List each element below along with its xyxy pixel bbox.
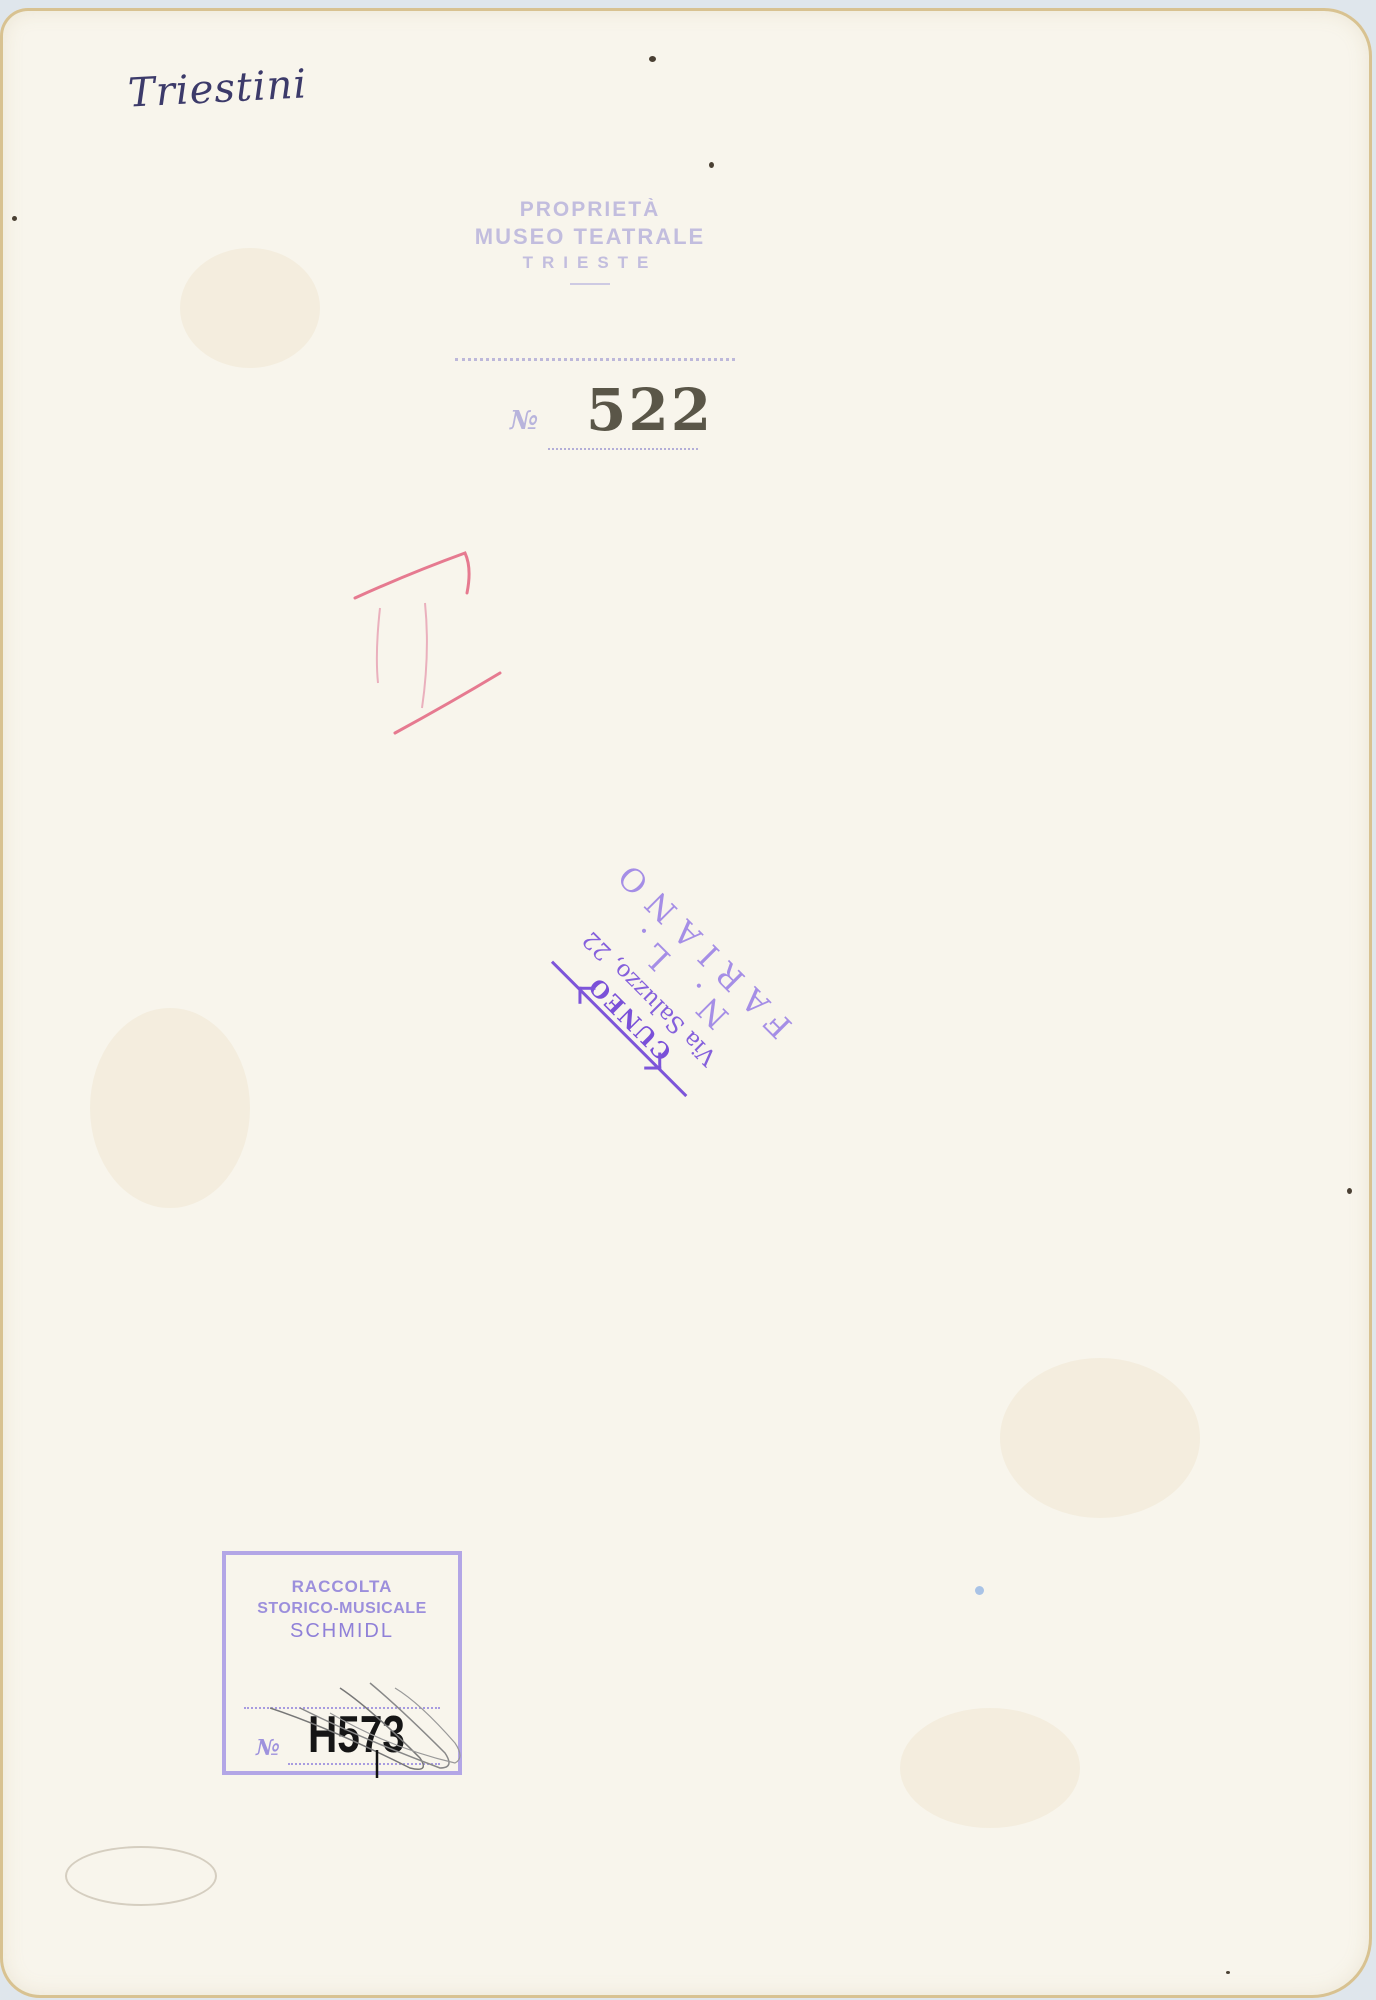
stain [90, 1008, 250, 1208]
stain [1000, 1358, 1200, 1518]
stamp-line: SCHMIDL [226, 1620, 458, 1643]
number-value: 522 [586, 376, 713, 444]
stain [180, 248, 320, 368]
pencil-scribble [270, 1668, 470, 1778]
blue-speck [975, 1586, 984, 1595]
handwritten-note: Triestini [127, 61, 308, 116]
stamp-line: RACCOLTA [226, 1577, 458, 1597]
stain [900, 1708, 1080, 1828]
red-pencil-mark [350, 543, 510, 743]
speck [1226, 1971, 1230, 1974]
photographer-stamp: CUNEO Via Saluzzo, 22 N. L. FARIANO [512, 740, 908, 1136]
number-sign: № [510, 406, 538, 436]
museo-teatrale-stamp: PROPRIETÀ MUSEO TEATRALE TRIESTE [440, 198, 740, 285]
speck [12, 216, 17, 221]
stamp-line: STORICO-MUSICALE [226, 1600, 458, 1618]
stamp-rule [455, 358, 735, 365]
faint-oval-mark [65, 1846, 217, 1906]
speck [649, 56, 656, 62]
speck [709, 162, 714, 168]
stamp-line: PROPRIETÀ [440, 198, 740, 222]
stamp-line: MUSEO TEATRALE [440, 224, 740, 250]
stamp-dash [570, 283, 610, 285]
speck [1347, 1188, 1352, 1194]
stamp-line: TRIESTE [440, 253, 740, 273]
card-verso: Triestini PROPRIETÀ MUSEO TEATRALE TRIES… [0, 8, 1372, 1998]
number-underline [548, 448, 698, 450]
